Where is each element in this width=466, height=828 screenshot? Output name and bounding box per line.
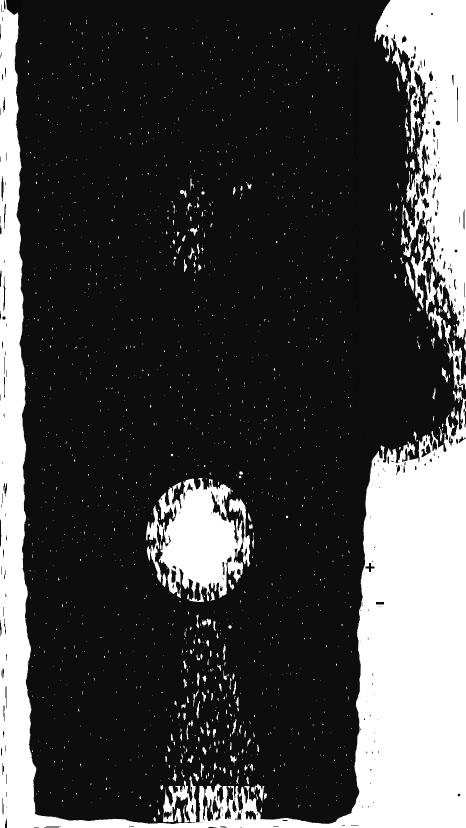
ink-speck	[436, 121, 441, 126]
ink-speck	[455, 250, 458, 253]
photo-canvas: High-contrast black-and-white photocopy …	[0, 0, 466, 828]
highlight-speck	[286, 516, 288, 518]
highlight-speck	[239, 471, 242, 474]
toner-streaks-top-right	[408, 36, 466, 336]
highlight-speck	[180, 190, 184, 194]
highlight-speck	[239, 476, 242, 479]
highlight-speck	[190, 228, 194, 232]
ink-speck	[431, 13, 433, 15]
highlight-layer	[26, 20, 352, 822]
toner-tail-lower-right	[356, 445, 380, 820]
highlight-speck	[228, 625, 231, 628]
ink-plus-mark	[369, 563, 371, 572]
paper-edge-noise-left	[0, 0, 7, 828]
ink-speck	[458, 794, 461, 797]
ink-dash-mark	[376, 602, 384, 605]
highlight-speck	[171, 454, 173, 456]
pinhole-noise	[26, 20, 352, 808]
scanned-photo-page: High-contrast black-and-white photocopy …	[0, 0, 466, 828]
highlight-speck	[201, 191, 204, 194]
ink-speck	[2, 316, 5, 319]
highlight-speck	[174, 257, 177, 260]
highlight-speck	[192, 251, 195, 254]
